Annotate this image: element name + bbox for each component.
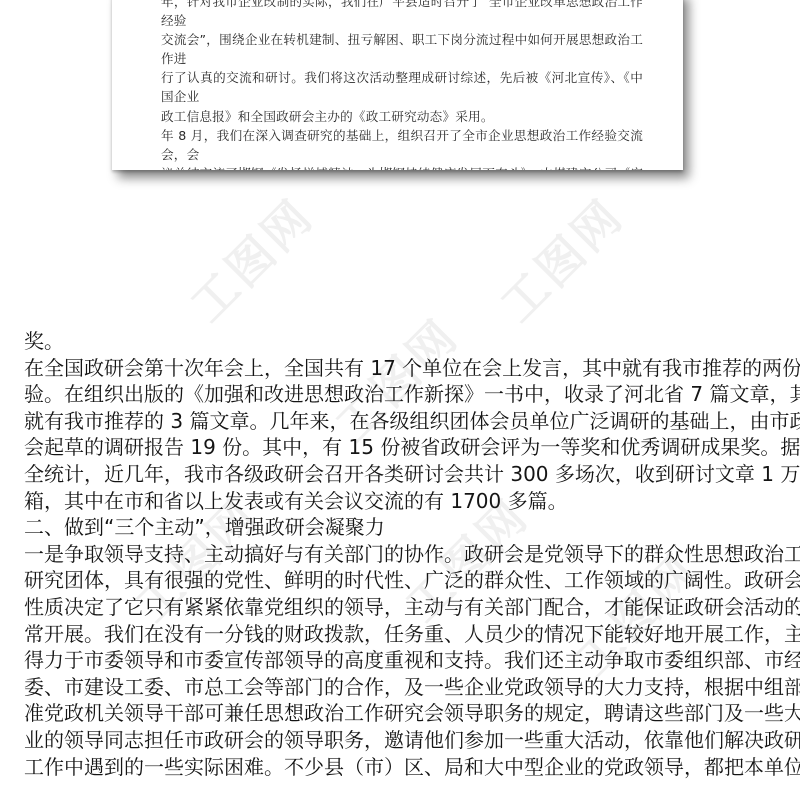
body-line: 业的领导同志担任市政研会的领导职务，邀请他们参加一些重大活动，依靠他们解决政研会 xyxy=(24,727,782,754)
body-line: 箱，其中在市和省以上发表或有关会议交流的有 1700 多篇。 xyxy=(24,488,782,515)
card-line: 行了认真的交流和研讨。我们将这次活动整理成研讨综述，先后被《河北宣传》、《中国企… xyxy=(161,68,643,106)
body-text: 奖。 在全国政研会第十次年会上，全国共有 17 个单位在会上发言，其中就有我市推… xyxy=(24,328,782,780)
section-heading: 二、做到“三个主动”，增强政研会凝聚力 xyxy=(24,514,782,541)
body-line: 性质决定了它只有紧紧依靠党组织的领导，主动与有关部门配合，才能保证政研会活动的正 xyxy=(24,594,782,621)
body-line: 一是争取领导支持、主动搞好与有关部门的协作。政研会是党领导下的群众性思想政治工作 xyxy=(24,541,782,568)
body-line: 研究团体，具有很强的党性、鲜明的时代性、广泛的群众性、工作领域的广阔性。政研会的 xyxy=(24,567,782,594)
document-page: 工图网 工图网 工图网 工图网 工图网 工图网 年，针对我市企业改制的实际，我们… xyxy=(0,0,800,800)
body-line: 得力于市委领导和市委宣传部领导的高度重视和支持。我们还主动争取市委组织部、市经贸 xyxy=(24,647,782,674)
card-line: 议总结交流了邯钢《发扬拼搏精神，为邯钢持续健康发展而奋斗》、中煤建安公司《突出思 xyxy=(161,164,643,170)
card-line: 交流会”，围绕企业在转机建制、扭亏解困、职工下岗分流过程中如何开展思想政治工作进 xyxy=(161,30,643,68)
card-line: 年 8 月，我们在深入调查研究的基础上，组织召开了全市企业思想政治工作经验交流会… xyxy=(161,126,643,164)
document-preview-card: 年，针对我市企业改制的实际，我们在广平县适时召开了“全市企业改革思想政治工作经验… xyxy=(112,0,683,170)
watermark: 工图网 xyxy=(174,182,327,335)
preview-card-text: 年，针对我市企业改制的实际，我们在广平县适时召开了“全市企业改革思想政治工作经验… xyxy=(161,0,643,170)
body-line: 委、市建设工委、市总工会等部门的合作，及一些企业党政领导的大力支持，根据中组部批 xyxy=(24,674,782,701)
body-line: 常开展。我们在没有一分钱的财政拨款，任务重、人员少的情况下能较好地开展工作，主要 xyxy=(24,621,782,648)
body-line: 准党政机关领导干部可兼任思想政治工作研究会领导职务的规定，聘请这些部门及一些大企 xyxy=(24,700,782,727)
body-line: 就有我市推荐的 3 篇文章。几年来，在各级组织团体会员单位广泛调研的基础上，由市… xyxy=(24,408,782,435)
card-line: 政工信息报》和全国政研会主办的《政工研究动态》采用。 xyxy=(161,107,643,126)
body-line: 工作中遇到的一些实际困难。不少县（市）区、局和大中型企业的党政领导，都把本单位政 xyxy=(24,754,782,781)
body-line: 奖。 xyxy=(24,328,782,355)
body-line: 会起草的调研报告 19 份。其中，有 15 份被省政研会评为一等奖和优秀调研成果… xyxy=(24,434,782,461)
watermark: 工图网 xyxy=(484,182,637,335)
body-line: 全统计，近几年，我市各级政研会召开各类研讨会共计 300 多场次，收到研讨文章 … xyxy=(24,461,782,488)
body-line: 在全国政研会第十次年会上，全国共有 17 个单位在会上发言，其中就有我市推荐的两… xyxy=(24,355,782,382)
card-line: 年，针对我市企业改制的实际，我们在广平县适时召开了“全市企业改革思想政治工作经验 xyxy=(161,0,643,30)
body-line: 验。在组织出版的《加强和改进思想政治工作新探》一书中，收录了河北省 7 篇文章，… xyxy=(24,381,782,408)
